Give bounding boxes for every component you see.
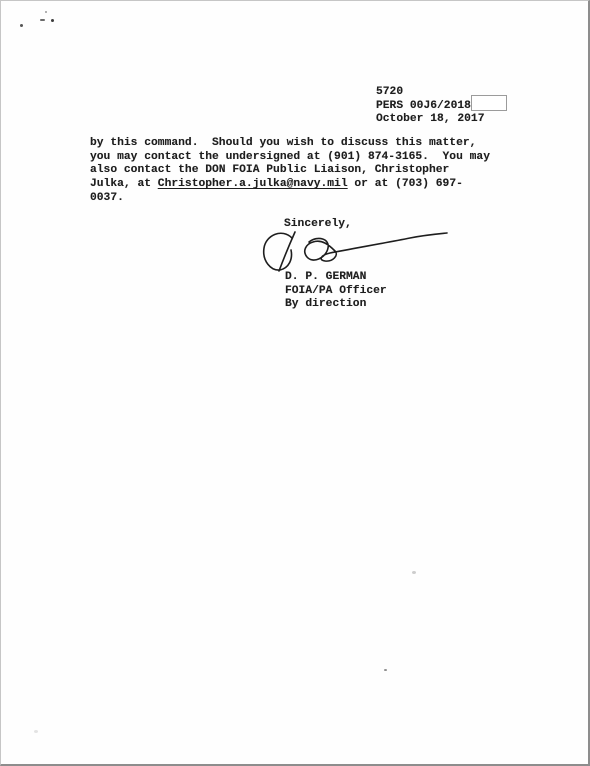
scan-speck (20, 24, 23, 27)
body-line: by this command. Should you wish to disc… (90, 137, 490, 151)
redaction-box (471, 95, 507, 111)
body-line: Julka, at Christopher.a.julka@navy.mil o… (90, 178, 490, 192)
signature (260, 225, 450, 277)
scanned-letter-page: 5720 PERS 00J6/2018 October 18, 2017 by … (0, 0, 590, 766)
scan-speck (384, 669, 387, 671)
body-text: Julka, at (90, 178, 158, 190)
date-line: October 18, 2017 (376, 113, 484, 127)
scan-speck (34, 730, 38, 733)
body-line: 0037. (90, 192, 490, 206)
email-address: Christopher.a.julka@navy.mil (158, 178, 348, 190)
office-code: PERS 00J6/2018 (376, 100, 484, 114)
file-number: 5720 (376, 86, 484, 100)
body-line: you may contact the undersigned at (901)… (90, 151, 490, 165)
scan-speck (40, 19, 45, 21)
scan-speck (51, 19, 54, 22)
body-line: also contact the DON FOIA Public Liaison… (90, 164, 490, 178)
body-paragraph: by this command. Should you wish to disc… (90, 137, 490, 206)
letterhead-reference-block: 5720 PERS 00J6/2018 October 18, 2017 (376, 86, 484, 127)
signer-name: D. P. GERMAN (285, 271, 387, 285)
scan-speck (412, 571, 416, 574)
signer-title: FOIA/PA Officer (285, 285, 387, 299)
signature-block: D. P. GERMAN FOIA/PA Officer By directio… (285, 271, 387, 312)
body-text: or at (703) 697- (348, 178, 463, 190)
signer-authority: By direction (285, 298, 387, 312)
scan-speck (45, 11, 47, 13)
